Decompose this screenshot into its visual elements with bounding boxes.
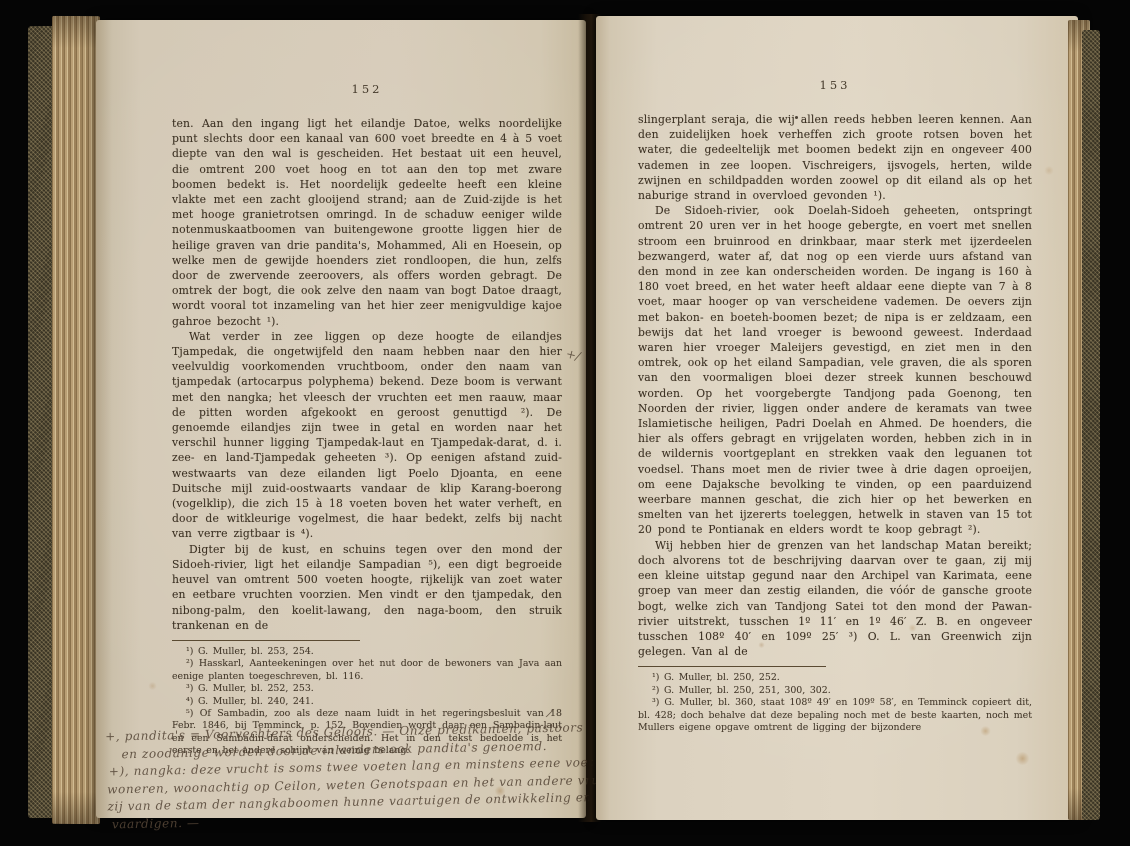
right-page: 153 slingerplant seraja, die wij allen r… bbox=[596, 16, 1078, 820]
right-page-text-column: 153 slingerplant seraja, die wij allen r… bbox=[638, 78, 1032, 734]
paragraph: Wat verder in zee liggen op deze hoogte … bbox=[172, 329, 562, 542]
footnote: ²) Hasskarl, Aanteekeningen over het nut… bbox=[172, 658, 562, 683]
footnote: ³) G. Muller, bl. 252, 253. bbox=[172, 683, 562, 695]
foxing-stain bbox=[148, 682, 157, 690]
footnote: ³) G. Muller, bl. 360, staat 108º 49′ en… bbox=[638, 697, 1032, 734]
footnote: ¹) G. Muller, bl. 253, 254. bbox=[172, 646, 562, 658]
page-number-right: 153 bbox=[638, 78, 1032, 92]
footnote: ⁴) G. Muller, bl. 240, 241. bbox=[172, 696, 562, 708]
foxing-stain bbox=[1044, 166, 1054, 175]
paragraph: Wij hebben hier de grenzen van het lands… bbox=[638, 538, 1032, 660]
page-edges-left bbox=[52, 16, 100, 824]
left-page-text-column: 152 ten. Aan den ingang ligt het eilandj… bbox=[172, 82, 562, 758]
book-cover-right-edge bbox=[1082, 30, 1100, 820]
page-number-left: 152 bbox=[172, 82, 562, 96]
footnote: ¹) G. Muller, bl. 250, 252. bbox=[638, 672, 1032, 684]
book-photograph: 152 ten. Aan den ingang ligt het eilandj… bbox=[0, 0, 1130, 846]
paragraph: ten. Aan den ingang ligt het eilandje Da… bbox=[172, 116, 562, 329]
footnote: ²) G. Muller, bl. 250, 251, 300, 302. bbox=[638, 685, 1032, 697]
left-page: 152 ten. Aan den ingang ligt het eilandj… bbox=[96, 20, 586, 818]
paragraph: De Sidoeh-rivier, ook Doelah-Sidoeh gehe… bbox=[638, 203, 1032, 537]
foxing-stain bbox=[1015, 752, 1030, 765]
footnote-rule bbox=[172, 640, 360, 641]
paragraph: Digter bij de kust, en schuins tegen ove… bbox=[172, 542, 562, 633]
footnote-rule bbox=[638, 666, 826, 667]
paragraph: slingerplant seraja, die wij allen reeds… bbox=[638, 112, 1032, 203]
handwritten-annotation: +, pandita's = Voorvechters des Geloofs.… bbox=[105, 719, 579, 833]
